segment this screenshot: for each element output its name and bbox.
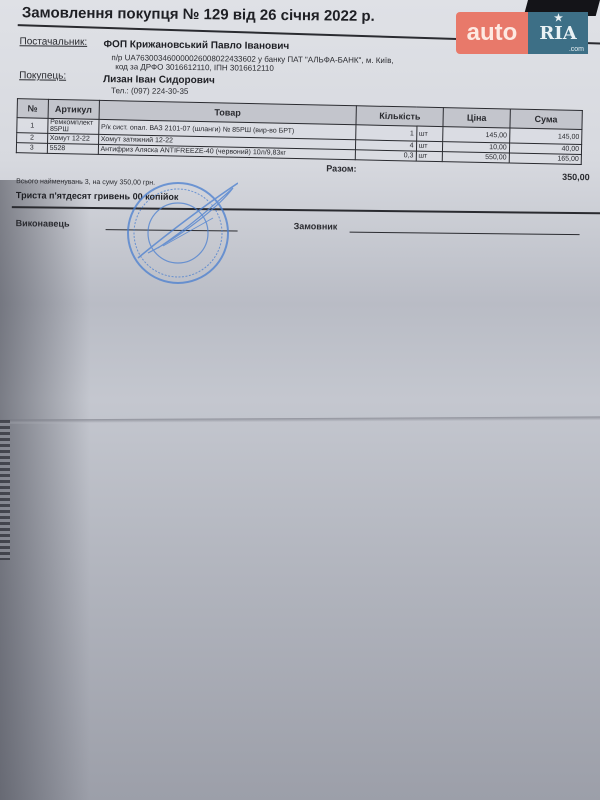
- cell-sum: 145,00: [509, 128, 582, 145]
- cell-article: 5528: [47, 143, 98, 154]
- total-label: Разом:: [326, 163, 356, 173]
- cell-no: 2: [17, 133, 48, 144]
- cell-price: 550,00: [443, 152, 510, 163]
- col-sum: Сума: [510, 109, 583, 130]
- customer-signature-line: [350, 232, 580, 235]
- col-price: Ціна: [443, 108, 510, 128]
- signature-divider: [12, 206, 600, 214]
- paper-fold: [0, 416, 600, 423]
- col-no: №: [17, 99, 48, 119]
- executor-label: Виконавець: [16, 218, 70, 229]
- cell-qty: 1: [356, 125, 417, 141]
- star-icon: ★: [554, 13, 563, 24]
- supplier-tax-id: код за ДРФО 3016612110, ІПН 3016612110: [115, 62, 274, 73]
- watermark-suffix: .com: [569, 46, 584, 53]
- cell-unit: шт: [416, 126, 443, 142]
- cell-no: 3: [16, 143, 47, 154]
- cell-qty: 0,3: [355, 150, 416, 161]
- cell-no: 1: [17, 118, 48, 134]
- total-value: 350,00: [562, 172, 590, 182]
- autoria-watermark-logo: auto ★ RIA .com: [456, 12, 588, 54]
- document-title: Замовлення покупця № 129 від 26 січня 20…: [22, 4, 375, 25]
- buyer-name: Лизан Іван Сидорович: [103, 74, 215, 86]
- cell-sum: 165,00: [509, 153, 581, 165]
- col-qty: Кількість: [356, 106, 444, 127]
- cell-article: Ремкомплект 85РШ: [47, 118, 98, 134]
- underlying-page-edge: [0, 420, 10, 560]
- supplier-label: Постачальник:: [20, 36, 88, 48]
- watermark-auto: auto: [456, 12, 528, 54]
- seal-stamp-icon: [118, 178, 238, 288]
- customer-label: Замовник: [294, 221, 338, 231]
- col-article: Артикул: [48, 99, 99, 119]
- items-table: № Артикул Товар Кількість Ціна Сума 1 Ре…: [16, 98, 583, 165]
- watermark-ria-text: RIA: [539, 23, 576, 44]
- buyer-phone: Тел.: (097) 224-30-35: [111, 86, 188, 96]
- cell-unit: шт: [416, 141, 443, 152]
- cell-unit: шт: [416, 151, 443, 162]
- cell-price: 145,00: [443, 127, 510, 143]
- buyer-label: Покупець:: [19, 70, 66, 81]
- watermark-ria: ★ RIA .com: [528, 12, 588, 54]
- supplier-name: ФОП Крижановський Павло Іванович: [103, 39, 289, 52]
